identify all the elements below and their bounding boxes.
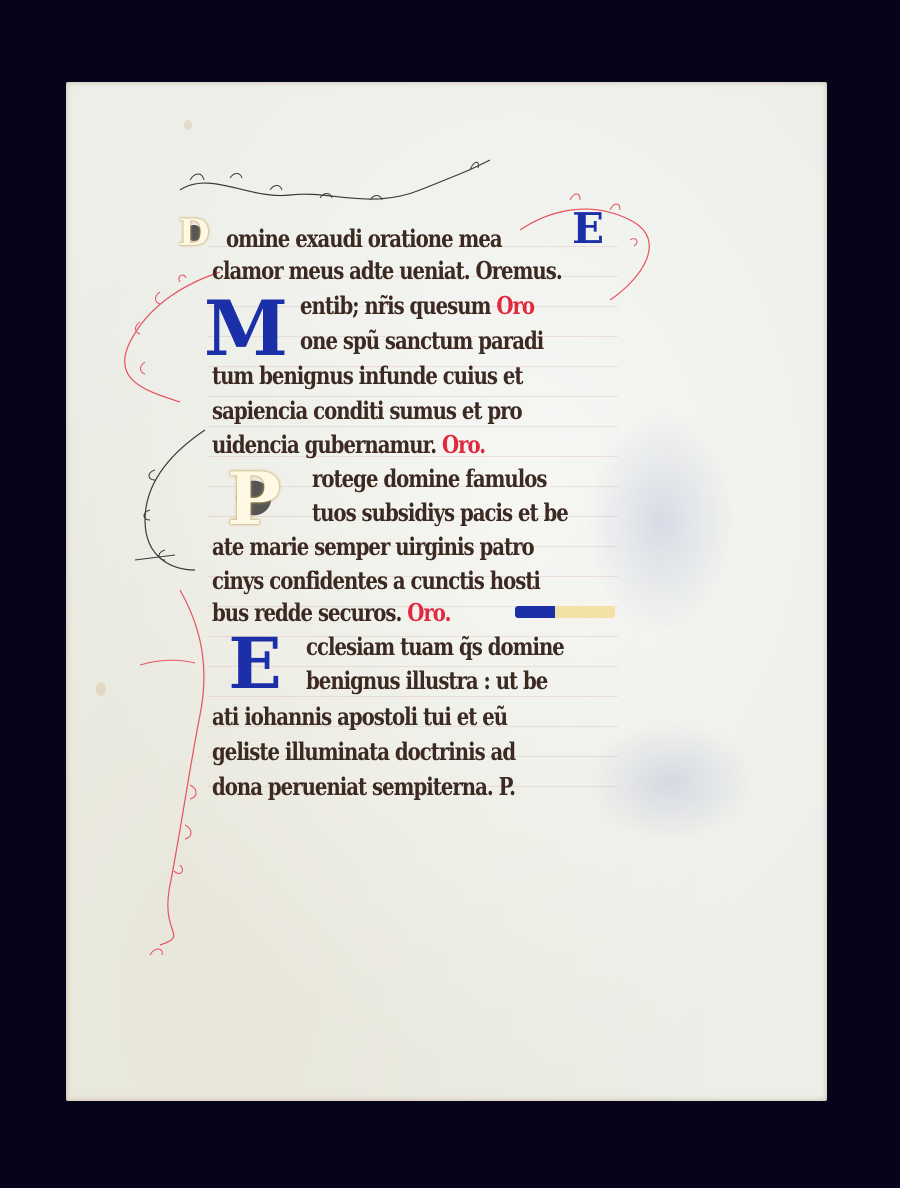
text-line-11: cinys confidentes a cunctis hosti xyxy=(212,566,540,596)
text-line-10: ate marie semper uirginis patro xyxy=(212,532,534,562)
initial-p-gold: P xyxy=(210,462,298,534)
line-text: tum benignus infunde cuius et xyxy=(212,361,523,390)
line-text: tuos subsidiys pacis et be xyxy=(312,498,568,527)
line-text: ati iohannis apostoli tui et eũ xyxy=(212,702,507,731)
line-text: ate marie semper uirginis patro xyxy=(212,532,534,561)
show-through-initial xyxy=(586,412,736,632)
initial-d-gold: D xyxy=(174,216,214,250)
text-line-6: sapiencia conditi sumus et pro xyxy=(212,396,522,426)
text-line-1: omine exaudi oratione mea xyxy=(226,224,502,254)
line-text: sapiencia conditi sumus et pro xyxy=(212,396,522,425)
line-text: benignus illustra : ut be xyxy=(306,666,547,695)
rubric-oro: Oro. xyxy=(442,430,485,459)
text-line-9: tuos subsidiys pacis et be xyxy=(312,498,568,528)
text-line-16: geliste illuminata doctrinis ad xyxy=(212,737,515,767)
text-line-12: bus redde securos. Oro. xyxy=(212,598,450,628)
line-text: one spũ sanctum paradi xyxy=(300,326,543,355)
line-filler-gold-blue xyxy=(515,606,615,618)
line-text: omine exaudi oratione mea xyxy=(226,224,502,253)
text-line-7: uidencia gubernamur. Oro. xyxy=(212,430,485,460)
foxing-stain xyxy=(96,682,106,696)
line-text: uidencia gubernamur. xyxy=(212,430,436,459)
line-text: clamor meus adte ueniat. Oremus. xyxy=(212,256,562,285)
text-line-14: benignus illustra : ut be xyxy=(306,666,547,696)
text-line-17: dona perueniat sempiterna. P. xyxy=(212,772,515,802)
text-line-15: ati iohannis apostoli tui et eũ xyxy=(212,702,507,732)
rubric-oro: Oro xyxy=(496,291,534,320)
foxing-stain xyxy=(184,120,192,130)
text-line-5: tum benignus infunde cuius et xyxy=(212,361,523,391)
text-line-3: entib; nr̃is quesum Oro xyxy=(300,291,534,321)
line-text: geliste illuminata doctrinis ad xyxy=(212,737,515,766)
line-text: bus redde securos. xyxy=(212,598,401,627)
line-text: cinys confidentes a cunctis hosti xyxy=(212,566,540,595)
initial-e-blue-top-right: E xyxy=(568,206,608,250)
line-text: dona perueniat sempiterna. P. xyxy=(212,772,515,801)
line-text: rotege domine famulos xyxy=(312,464,546,493)
text-line-13: cclesiam tuam q̃s domine xyxy=(306,632,564,662)
text-line-4: one spũ sanctum paradi xyxy=(300,326,543,356)
line-text: cclesiam tuam q̃s domine xyxy=(306,632,564,661)
line-text: entib; nr̃is quesum xyxy=(300,291,490,320)
show-through-initial xyxy=(586,722,756,842)
ruling-line xyxy=(208,426,618,427)
text-line-2: clamor meus adte ueniat. Oremus. xyxy=(212,256,562,286)
rubric-oro: Oro. xyxy=(407,598,450,627)
initial-e-blue-lower: E xyxy=(212,628,298,698)
initial-m-blue: M xyxy=(198,290,294,366)
text-line-8: rotege domine famulos xyxy=(312,464,546,494)
